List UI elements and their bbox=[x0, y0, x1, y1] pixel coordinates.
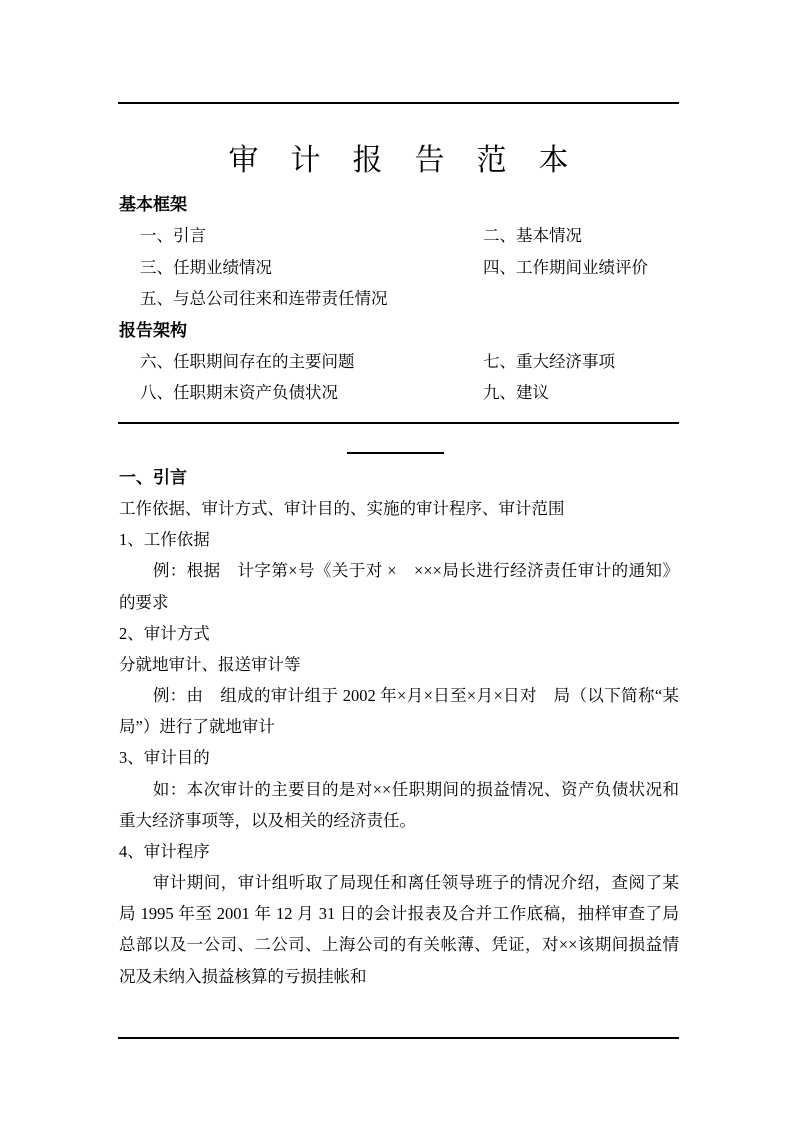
paragraph: 工作依据、审计方式、审计目的、实施的审计程序、审计范围 bbox=[119, 493, 679, 524]
outline-section-heading-report-structure: 报告架构 bbox=[119, 315, 679, 346]
outline-item-right: 二、基本情况 bbox=[483, 220, 582, 251]
outline-item-left: 一、引言 bbox=[119, 220, 206, 251]
outline-item-right: 七、重大经济事项 bbox=[483, 346, 615, 377]
short-separator-rule bbox=[347, 452, 444, 454]
section-divider-rule bbox=[118, 422, 679, 424]
paragraph: 3、审计目的 bbox=[119, 742, 679, 773]
outline-row: 一、引言 二、基本情况 bbox=[119, 220, 679, 251]
outline-item-left: 六、任职期间存在的主要问题 bbox=[119, 346, 355, 377]
outline-block: 基本框架 一、引言 二、基本情况 三、任期业绩情况 四、工作期间业绩评价 五、与… bbox=[119, 189, 679, 409]
paragraph: 分就地审计、报送审计等 bbox=[119, 649, 679, 680]
outline-item-right: 九、建议 bbox=[483, 377, 549, 408]
header-rule bbox=[118, 102, 679, 104]
outline-row: 三、任期业绩情况 四、工作期间业绩评价 bbox=[119, 252, 679, 283]
outline-row: 八、任职期末资产负债状况 九、建议 bbox=[119, 377, 679, 408]
outline-section-heading-basic-framework: 基本框架 bbox=[119, 189, 679, 220]
outline-rows-report-structure: 六、任职期间存在的主要问题 七、重大经济事项 八、任职期末资产负债状况 九、建议 bbox=[119, 346, 679, 409]
paragraph: 例：根据 计字第×号《关于对 × ×××局长进行经济责任审计的通知》的要求 bbox=[119, 555, 679, 617]
paragraph: 一、引言 bbox=[119, 462, 679, 493]
outline-item-right: 四、工作期间业绩评价 bbox=[483, 252, 648, 283]
footer-rule bbox=[118, 1037, 679, 1039]
outline-row: 五、与总公司往来和连带责任情况 bbox=[119, 283, 679, 314]
outline-item-left: 三、任期业绩情况 bbox=[119, 252, 272, 283]
paragraph: 审计期间，审计组听取了局现任和离任领导班子的情况介绍，查阅了某局 1995 年至… bbox=[119, 867, 679, 992]
document-page: 审 计 报 告 范 本 基本框架 一、引言 二、基本情况 三、任期业绩情况 四、… bbox=[0, 0, 794, 1123]
body-text-block: 一、引言 工作依据、审计方式、审计目的、实施的审计程序、审计范围 1、工作依据 … bbox=[119, 462, 679, 992]
outline-row: 六、任职期间存在的主要问题 七、重大经济事项 bbox=[119, 346, 679, 377]
paragraph: 例：由 组成的审计组于 2002 年×月×日至×月×日对 局（以下简称“某局”）… bbox=[119, 680, 679, 742]
paragraph: 2、审计方式 bbox=[119, 618, 679, 649]
document-title: 审 计 报 告 范 本 bbox=[119, 140, 679, 182]
outline-item-left: 八、任职期末资产负债状况 bbox=[119, 377, 338, 408]
outline-item-left: 五、与总公司往来和连带责任情况 bbox=[119, 283, 388, 314]
paragraph: 4、审计程序 bbox=[119, 836, 679, 867]
paragraph: 1、工作依据 bbox=[119, 524, 679, 555]
paragraph: 如：本次审计的主要目的是对××任职期间的损益情况、资产负债状况和重大经济事项等，… bbox=[119, 774, 679, 836]
outline-rows-basic-framework: 一、引言 二、基本情况 三、任期业绩情况 四、工作期间业绩评价 五、与总公司往来… bbox=[119, 220, 679, 314]
